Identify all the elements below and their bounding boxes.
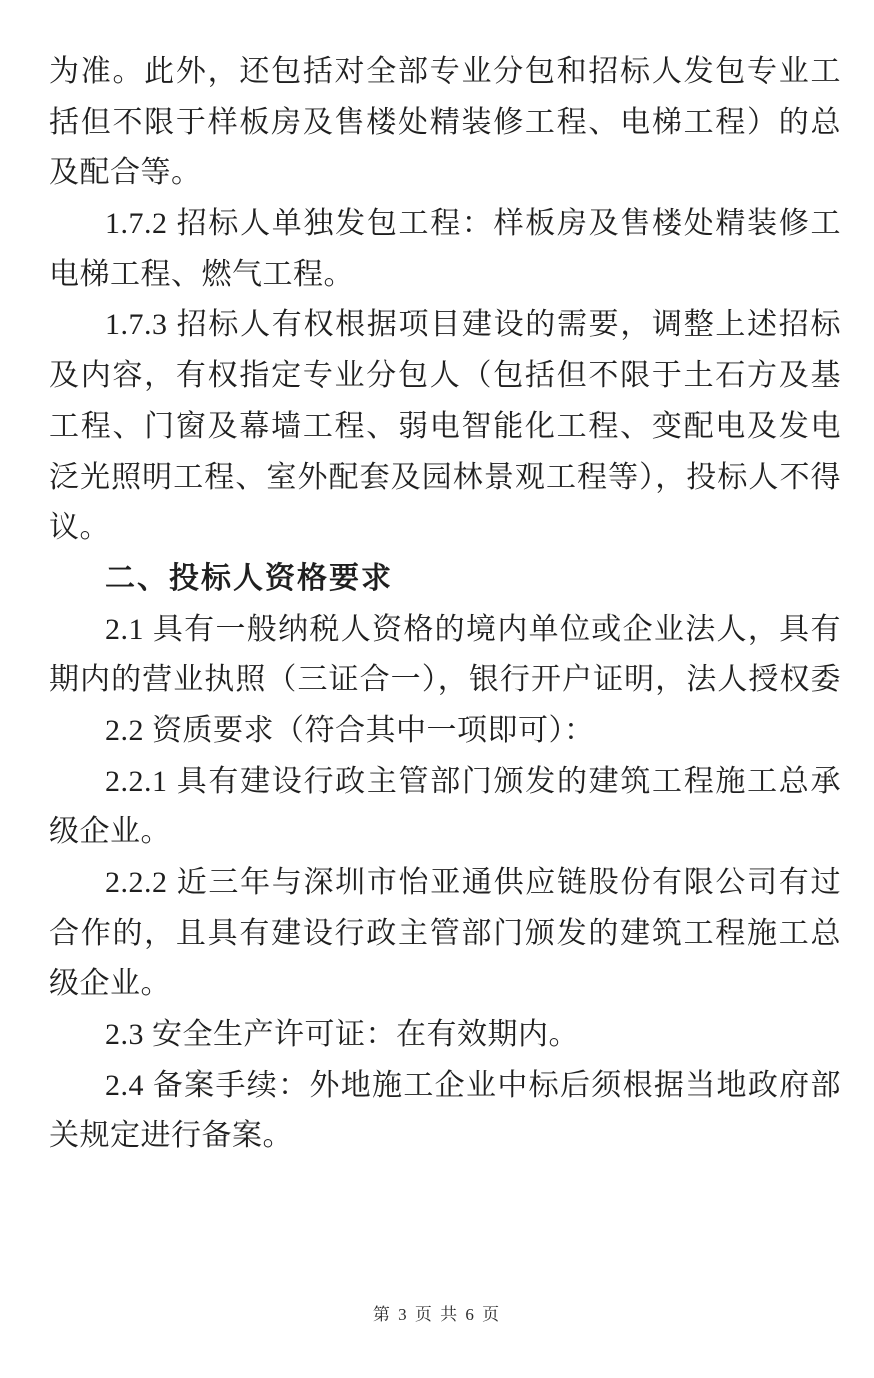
text-line: 电梯工程、燃气工程。 [49, 250, 841, 301]
text-line: 2.2.1 具有建设行政主管部门颁发的建筑工程施工总承包特 [49, 757, 841, 808]
text-line: 二、投标人资格要求 [49, 554, 841, 605]
document-body: 为准。此外，还包括对全部专业分包和招标人发包专业工程（包括但不限于样板房及售楼处… [0, 0, 874, 1162]
document-page: 为准。此外，还包括对全部专业分包和招标人发包专业工程（包括但不限于样板房及售楼处… [0, 0, 874, 1378]
text-line: 级企业。 [49, 959, 841, 1010]
text-line: 1.7.3 招标人有权根据项目建设的需要，调整上述招标范围 [49, 300, 841, 351]
text-line: 泛光照明工程、室外配套及园林景观工程等），投标人不得有异 [49, 453, 841, 504]
text-line: 工程、门窗及幕墙工程、弱电智能化工程、变配电及发电机工程、 [49, 402, 841, 453]
text-line: 2.3 安全生产许可证：在有效期内。 [49, 1010, 841, 1061]
text-line: 级企业。 [49, 807, 841, 858]
text-line: 及配合等。 [49, 148, 841, 199]
text-line: 为准。此外，还包括对全部专业分包和招标人发包专业工程（包 [49, 47, 841, 98]
text-line: 2.1 具有一般纳税人资格的境内单位或企业法人，具有有效 [49, 605, 841, 656]
text-line: 合作的，且具有建设行政主管部门颁发的建筑工程施工总承包一 [49, 909, 841, 960]
page-number-footer: 第 3 页 共 6 页 [0, 1300, 874, 1325]
text-line: 2.2 资质要求（符合其中一项即可）： [49, 706, 841, 757]
text-line: 2.2.2 近三年与深圳市怡亚通供应链股份有限公司有过良好 [49, 858, 841, 909]
text-line: 括但不限于样板房及售楼处精装修工程、电梯工程）的总包管理 [49, 98, 841, 149]
text-line: 1.7.2 招标人单独发包工程：样板房及售楼处精装修工程、 [49, 199, 841, 250]
text-line: 关规定进行备案。 [49, 1111, 841, 1162]
text-line: 期内的营业执照（三证合一），银行开户证明，法人授权委托书。 [49, 655, 841, 706]
text-line: 及内容，有权指定专业分包人（包括但不限于土石方及基坑支护 [49, 351, 841, 402]
text-line: 2.4 备案手续：外地施工企业中标后须根据当地政府部门有 [49, 1061, 841, 1112]
text-line: 议。 [49, 503, 841, 554]
